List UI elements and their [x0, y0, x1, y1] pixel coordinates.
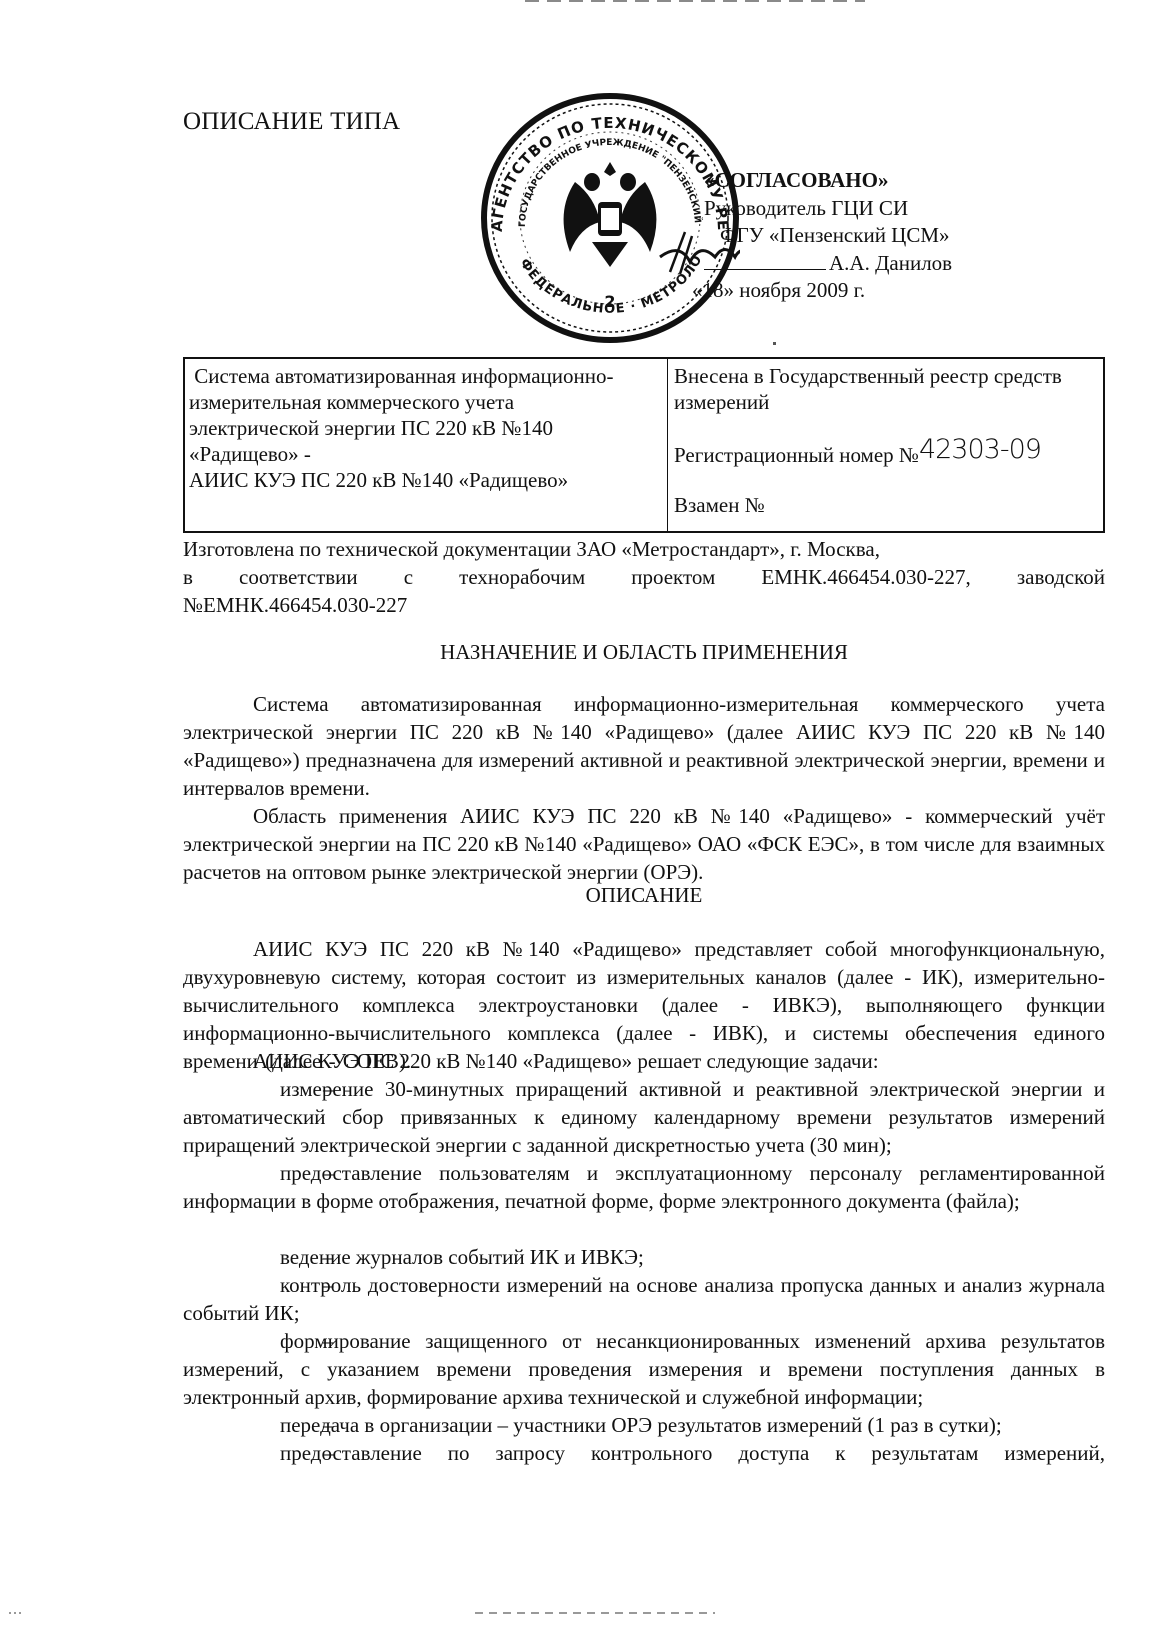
registration-number-row: Регистрационный номер №42303-09 [674, 441, 1097, 468]
task-item: –контроль достоверности измерений на осн… [183, 1271, 1105, 1327]
description-paragraph-2: АИИС КУЭ ПС 220 кВ №140 «Радищево» решае… [183, 1047, 1105, 1075]
dash-bullet-icon: – [253, 1243, 280, 1271]
system-name-line: Система автоматизированная информационно… [189, 363, 663, 389]
dash-bullet-icon: – [253, 1327, 280, 1355]
approval-block: «СОГЛАСОВАНО» Руководитель ГЦИ СИ ФГУ «П… [704, 167, 952, 305]
scan-artifact-bottom [475, 1612, 715, 1614]
scan-artifact-bottom [9, 1612, 21, 1614]
section-heading-purpose: НАЗНАЧЕНИЕ И ОБЛАСТЬ ПРИМЕНЕНИЯ [183, 640, 1105, 665]
dash-bullet-icon: – [253, 1439, 280, 1467]
manufacture-line-1: Изготовлена по технической документации … [183, 535, 1105, 563]
task-item: –формирование защищенного от несанкциони… [183, 1327, 1105, 1411]
system-name-cell: Система автоматизированная информационно… [185, 359, 668, 531]
system-name-line: «Радищево» - [189, 441, 663, 467]
manufacture-line-3: №ЕМНК.466454.030-227 [183, 591, 1105, 619]
document-type-title: ОПИСАНИЕ ТИПА [183, 108, 400, 136]
scan-dot [773, 342, 776, 345]
dash-bullet-icon: – [253, 1411, 280, 1439]
system-name-line: электрической энергии ПС 220 кВ №140 [189, 415, 663, 441]
approval-date: «18» ноября 2009 г. [692, 277, 952, 305]
section-heading-description: ОПИСАНИЕ [183, 883, 1105, 908]
approval-signer: А.А. Данилов [829, 251, 952, 275]
official-stamp: АГЕНТСТВО ПО ТЕХНИЧЕСКОМУ РЕГУЛИРОВАНИЮ … [480, 92, 740, 344]
registry-info-cell: Внесена в Государственный реестр средств… [668, 359, 1103, 535]
system-name-line: АИИС КУЭ ПС 220 кВ №140 «Радищево» [189, 467, 663, 493]
stamp-seal-icon: АГЕНТСТВО ПО ТЕХНИЧЕСКОМУ РЕГУЛИРОВАНИЮ … [480, 92, 740, 344]
approval-title: «СОГЛАСОВАНО» [704, 167, 952, 195]
replaces-label: Взамен № [674, 492, 1097, 518]
system-name-line: измерительная коммерческого учета [189, 389, 663, 415]
dash-bullet-icon: – [253, 1075, 280, 1103]
approval-organization: ФГУ «Пензенский ЦСМ» [704, 222, 952, 250]
purpose-paragraph-1: Система автоматизированная информационно… [183, 690, 1105, 802]
task-item: –предоставление по запросу контрольного … [183, 1439, 1105, 1467]
task-item: –предоставление пользователям и эксплуат… [183, 1159, 1105, 1215]
purpose-paragraph-2: Область применения АИИС КУЭ ПС 220 кВ №1… [183, 802, 1105, 886]
registration-number-handwritten: 42303-09 [919, 434, 1041, 465]
registry-entered-text: измерений [674, 389, 1097, 415]
task-item: –ведение журналов событий ИК и ИВКЭ; [183, 1243, 1105, 1271]
dash-bullet-icon: – [253, 1159, 280, 1187]
dash-bullet-icon: – [253, 1271, 280, 1299]
scan-artifact-top [525, 0, 865, 2]
task-item: –измерение 30-минутных приращений активн… [183, 1075, 1105, 1159]
registration-number-label: Регистрационный номер № [674, 443, 919, 467]
task-item: –передача в организации – участники ОРЭ … [183, 1411, 1105, 1439]
approval-position: Руководитель ГЦИ СИ [704, 195, 952, 223]
svg-text:2: 2 [604, 292, 615, 311]
manufacture-line-2: в соответствии с технорабочим проектом Е… [183, 563, 1105, 591]
registry-table: Система автоматизированная информационно… [183, 357, 1105, 533]
registry-entered-text: Внесена в Государственный реестр средств [674, 363, 1097, 389]
signature-line [704, 269, 826, 270]
